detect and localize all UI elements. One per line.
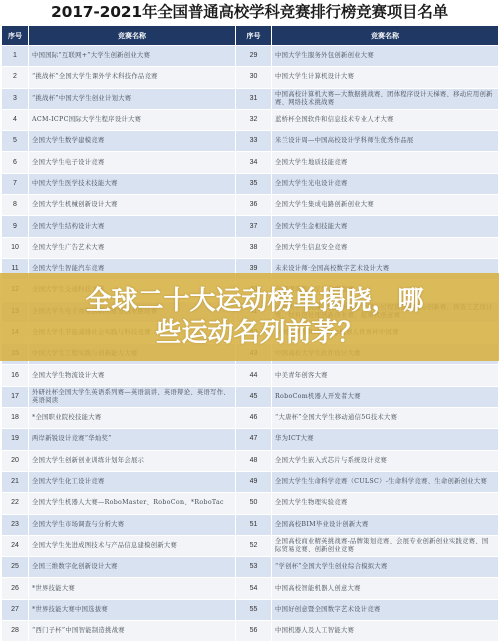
row-number-right: 47 <box>236 429 272 450</box>
competition-name-left: 全国大学生结构设计大赛 <box>29 216 236 237</box>
row-number-left: 2 <box>2 67 29 88</box>
column-header-number: 序号 <box>2 26 29 46</box>
row-number-left: 26 <box>2 578 29 599</box>
table-row: 9全国大学生结构设计大赛37全国大学生金相技能大赛 <box>2 216 499 237</box>
competition-name-right: 全国大学生集成电路创新创业大赛 <box>272 195 499 216</box>
table-row: 24全国大学生先进成图技术与产品信息建模创新大赛52全国高校商业精英挑战赛-品牌… <box>2 535 499 556</box>
row-number-left: 4 <box>2 109 29 130</box>
column-header-name: 竞赛名称 <box>29 26 236 46</box>
table-row: 25全国三维数字化创新设计大赛53“学创杯”全国大学生创业综合模拟大赛 <box>2 557 499 578</box>
competition-name-right: 全国高校商业精英挑战赛-品牌策划竞赛、会展专业创新创业实践竞赛、国际贸易竞赛、创… <box>272 535 499 556</box>
table-row: 21全国大学生化工设计竞赛49全国大学生生命科学竞赛（CULSC）-生命科学竞赛… <box>2 471 499 492</box>
page-title: 2017-2021年全国普通高校学科竞赛排行榜竞赛项目名单 <box>0 0 499 25</box>
row-number-left: 10 <box>2 237 29 258</box>
row-number-left: 19 <box>2 429 29 450</box>
competition-name-right: 全国大学生地质技能竞赛 <box>272 152 499 173</box>
row-number-right: 37 <box>236 216 272 237</box>
competition-name-left: 全国大学生化工设计竞赛 <box>29 471 236 492</box>
table-row: 22全国大学生机器人大赛—RoboMaster、RoboCon、*RoboTac… <box>2 493 499 514</box>
competition-name-right: 中国大学生服务外包创新创业大赛 <box>272 46 499 67</box>
row-number-left: 8 <box>2 195 29 216</box>
competition-name-right: 华为ICT大赛 <box>272 429 499 450</box>
row-number-right: 38 <box>236 237 272 258</box>
competition-name-right: 米兰设计周—中国高校设计学科师生优秀作品展 <box>272 131 499 152</box>
competition-name-right: 中国高校智能机器人创意大赛 <box>272 578 499 599</box>
row-number-right: 46 <box>236 408 272 429</box>
row-number-left: 23 <box>2 514 29 535</box>
competition-name-left: 全国大学生创新创业训练计划年会展示 <box>29 450 236 471</box>
table-row: 5全国大学生数学建模竞赛33米兰设计周—中国高校设计学科师生优秀作品展 <box>2 131 499 152</box>
competition-name-right: 全国大学生物理实验竞赛 <box>272 493 499 514</box>
table-row: 27*世界技能大赛中国选拔赛55中国好创意暨全国数字艺术设计竞赛 <box>2 599 499 620</box>
row-number-right: 54 <box>236 578 272 599</box>
table-row: 26*世界技能大赛54中国高校智能机器人创意大赛 <box>2 578 499 599</box>
row-number-right: 44 <box>236 365 272 386</box>
row-number-left: 22 <box>2 493 29 514</box>
row-number-right: 30 <box>236 67 272 88</box>
row-number-left: 28 <box>2 621 29 641</box>
competition-name-right: “大唐杯”全国大学生移动通信5G技术大赛 <box>272 408 499 429</box>
row-number-right: 52 <box>236 535 272 556</box>
competition-name-left: *世界技能大赛 <box>29 578 236 599</box>
row-number-left: 5 <box>2 131 29 152</box>
table-row: 16全国大学生物流设计大赛44中美青年创客大赛 <box>2 365 499 386</box>
competition-name-right: 全国大学生金相技能大赛 <box>272 216 499 237</box>
row-number-right: 34 <box>236 152 272 173</box>
competition-name-left: *全国职业院校技能大赛 <box>29 408 236 429</box>
competition-name-left: 全国大学生机械创新设计大赛 <box>29 195 236 216</box>
banner-headline-line-1: 全球二十大运动榜单揭晓，哪 <box>75 285 423 317</box>
row-number-right: 49 <box>236 471 272 492</box>
competition-name-left: 中国国际“互联网+”大学生创新创业大赛 <box>29 46 236 67</box>
row-number-right: 36 <box>236 195 272 216</box>
table-row: 17外研社杯全国大学生英语系列赛—英语演讲、英语辩论、英语写作、英语阅读45Ro… <box>2 386 499 407</box>
table-row: 19两岸新锐设计竞赛“华灿奖”47华为ICT大赛 <box>2 429 499 450</box>
row-number-right: 51 <box>236 514 272 535</box>
competition-name-left: “挑战杯”中国大学生创业计划大赛 <box>29 88 236 109</box>
row-number-left: 1 <box>2 46 29 67</box>
row-number-right: 45 <box>236 386 272 407</box>
table-header-row: 序号 竞赛名称 序号 竞赛名称 <box>2 26 499 46</box>
competition-name-left: 全国大学生物流设计大赛 <box>29 365 236 386</box>
overlay-banner-text: 全球二十大运动榜单揭晓，哪 些运动名列前茅？ <box>0 273 499 361</box>
table-row: 3“挑战杯”中国大学生创业计划大赛31中国高校计算机大赛—大数据挑战赛、团体程序… <box>2 88 499 109</box>
row-number-left: 9 <box>2 216 29 237</box>
competition-name-right: 全国大学生嵌入式芯片与系统设计竞赛 <box>272 450 499 471</box>
row-number-left: 7 <box>2 173 29 194</box>
competition-name-left: 全国大学生广告艺术大赛 <box>29 237 236 258</box>
competition-name-right: 全国大学生信息安全竞赛 <box>272 237 499 258</box>
row-number-left: 18 <box>2 408 29 429</box>
competition-name-left: “挑战杯”全国大学生课外学术科技作品竞赛 <box>29 67 236 88</box>
competition-name-left: 全国大学生数学建模竞赛 <box>29 131 236 152</box>
row-number-right: 35 <box>236 173 272 194</box>
competition-name-right: 中国高校计算机大赛—大数据挑战赛、团体程序设计天梯赛、移动应用创新赛、网络技术挑… <box>272 88 499 109</box>
table-row: 7中国大学生医学技术技能大赛35全国大学生光电设计竞赛 <box>2 173 499 194</box>
table-row: 1中国国际“互联网+”大学生创新创业大赛29中国大学生服务外包创新创业大赛 <box>2 46 499 67</box>
competition-name-left: 全国大学生电子设计竞赛 <box>29 152 236 173</box>
competition-name-right: 中美青年创客大赛 <box>272 365 499 386</box>
column-header-name-2: 竞赛名称 <box>272 26 499 46</box>
row-number-right: 56 <box>236 621 272 641</box>
row-number-right: 53 <box>236 557 272 578</box>
row-number-left: 25 <box>2 557 29 578</box>
competition-name-left: 中国大学生医学技术技能大赛 <box>29 173 236 194</box>
competition-name-left: ACM-ICPC国际大学生程序设计大赛 <box>29 109 236 130</box>
row-number-right: 29 <box>236 46 272 67</box>
banner-headline-line-2: 些运动名列前茅？ <box>135 317 363 349</box>
row-number-left: 21 <box>2 471 29 492</box>
table-row: 18*全国职业院校技能大赛46“大唐杯”全国大学生移动通信5G技术大赛 <box>2 408 499 429</box>
competition-name-left: 两岸新锐设计竞赛“华灿奖” <box>29 429 236 450</box>
row-number-right: 48 <box>236 450 272 471</box>
row-number-right: 32 <box>236 109 272 130</box>
row-number-left: 20 <box>2 450 29 471</box>
competition-name-right: 中国好创意暨全国数字艺术设计竞赛 <box>272 599 499 620</box>
row-number-left: 6 <box>2 152 29 173</box>
competition-name-right: “学创杯”全国大学生创业综合模拟大赛 <box>272 557 499 578</box>
competition-name-right: RoboCom机器人开发者大赛 <box>272 386 499 407</box>
competition-name-left: “西门子杯”中国智能制造挑战赛 <box>29 621 236 641</box>
competition-name-right: 中国机器人及人工智能大赛 <box>272 621 499 641</box>
row-number-right: 55 <box>236 599 272 620</box>
competition-name-right: 全国大学生生命科学竞赛（CULSC）-生命科学竞赛、生命创新创业大赛 <box>272 471 499 492</box>
competition-name-left: 全国三维数字化创新设计大赛 <box>29 557 236 578</box>
row-number-left: 27 <box>2 599 29 620</box>
table-row: 2“挑战杯”全国大学生课外学术科技作品竞赛30中国大学生计算机设计大赛 <box>2 67 499 88</box>
column-header-number-2: 序号 <box>236 26 272 46</box>
competition-name-left: 全国大学生市场调查与分析大赛 <box>29 514 236 535</box>
row-number-right: 33 <box>236 131 272 152</box>
row-number-right: 50 <box>236 493 272 514</box>
table-row: 8全国大学生机械创新设计大赛36全国大学生集成电路创新创业大赛 <box>2 195 499 216</box>
competition-name-left: *世界技能大赛中国选拔赛 <box>29 599 236 620</box>
row-number-left: 24 <box>2 535 29 556</box>
table-row: 28“西门子杯”中国智能制造挑战赛56中国机器人及人工智能大赛 <box>2 621 499 641</box>
table-row: 10全国大学生广告艺术大赛38全国大学生信息安全竞赛 <box>2 237 499 258</box>
competition-name-left: 全国大学生机器人大赛—RoboMaster、RoboCon、*RoboTac <box>29 493 236 514</box>
table-row: 20全国大学生创新创业训练计划年会展示48全国大学生嵌入式芯片与系统设计竞赛 <box>2 450 499 471</box>
competition-name-right: 蓝桥杯全国软件和信息技术专业人才大赛 <box>272 109 499 130</box>
row-number-left: 17 <box>2 386 29 407</box>
row-number-left: 3 <box>2 88 29 109</box>
competition-name-left: 全国大学生先进成图技术与产品信息建模创新大赛 <box>29 535 236 556</box>
table-row: 4ACM-ICPC国际大学生程序设计大赛32蓝桥杯全国软件和信息技术专业人才大赛 <box>2 109 499 130</box>
competition-name-right: 全国高校BIM毕业设计创新大赛 <box>272 514 499 535</box>
competition-name-left: 外研社杯全国大学生英语系列赛—英语演讲、英语辩论、英语写作、英语阅读 <box>29 386 236 407</box>
row-number-left: 16 <box>2 365 29 386</box>
table-row: 6全国大学生电子设计竞赛34全国大学生地质技能竞赛 <box>2 152 499 173</box>
table-row: 23全国大学生市场调查与分析大赛51全国高校BIM毕业设计创新大赛 <box>2 514 499 535</box>
competition-name-right: 全国大学生光电设计竞赛 <box>272 173 499 194</box>
competition-name-right: 中国大学生计算机设计大赛 <box>272 67 499 88</box>
row-number-right: 31 <box>236 88 272 109</box>
